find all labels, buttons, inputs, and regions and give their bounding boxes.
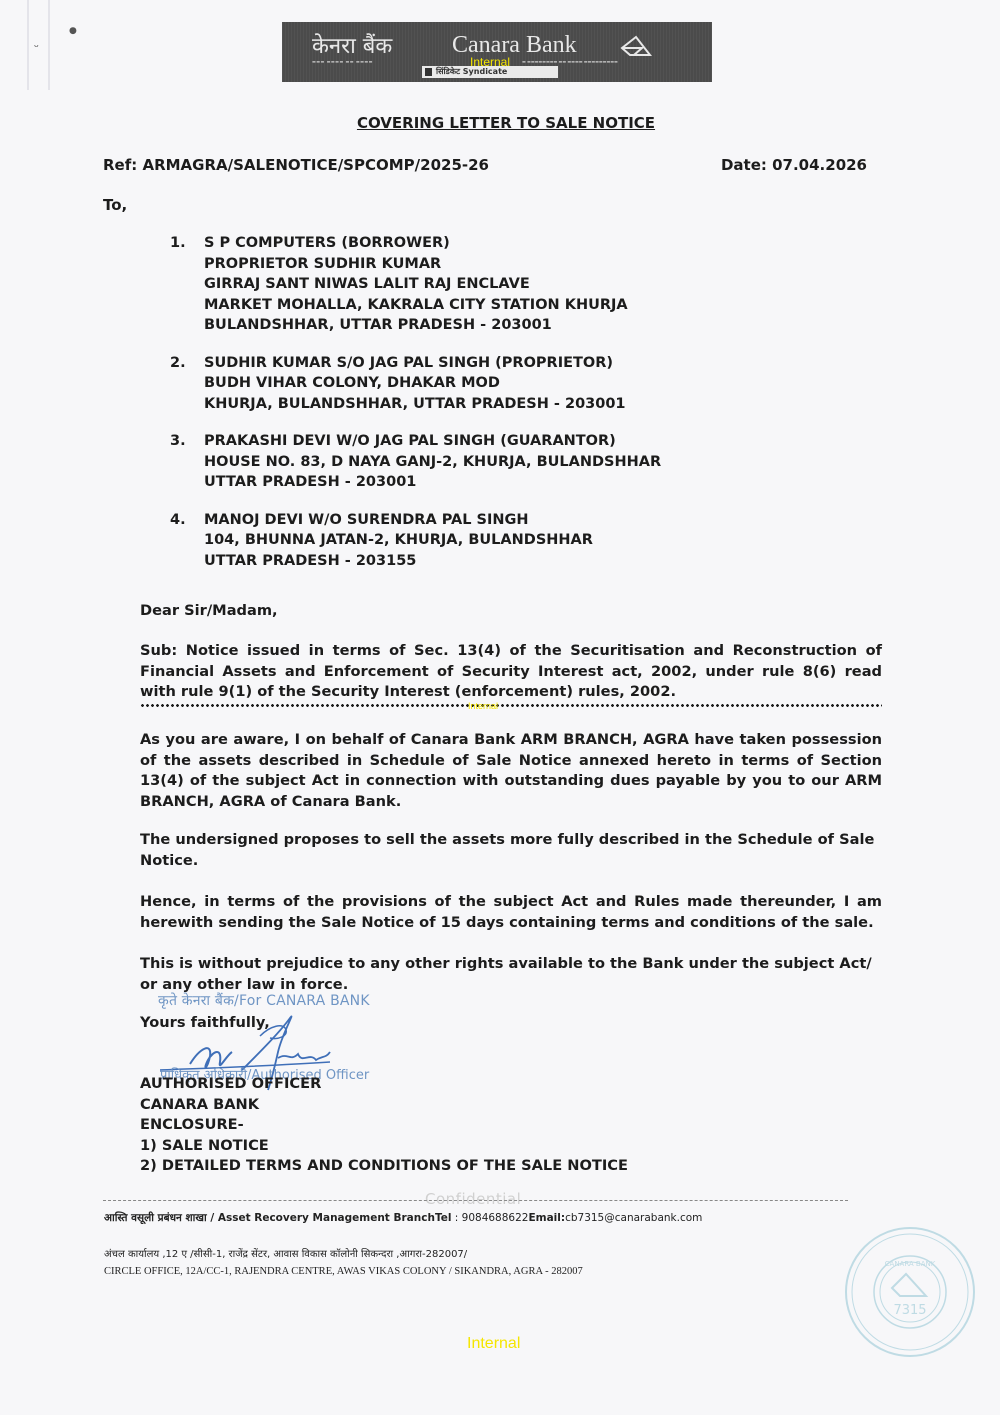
email-address[interactable]: cb7315@canarabank.com	[565, 1212, 702, 1224]
svg-text:7315: 7315	[893, 1303, 926, 1318]
addressee-name: 2.SUDHIR KUMAR S/O JAG PAL SINGH (PROPRI…	[170, 353, 661, 374]
branch-contact-line: आस्ति वसूली प्रबंधन शाखा / Asset Recover…	[104, 1211, 702, 1225]
confidential-watermark: Confidential	[425, 1190, 521, 1208]
addressee-line-text: BUDH VIHAR COLONY, DHAKAR MOD	[204, 375, 500, 391]
addressee-address-line: UTTAR PRADESH - 203155	[170, 551, 661, 572]
paragraph-possession: As you are aware, I on behalf of Canara …	[140, 730, 882, 812]
addressee-line-text: PRAKASHI DEVI W/O JAG PAL SINGH (GUARANT…	[204, 433, 616, 449]
letter-date: Date: 07.04.2026	[721, 156, 867, 174]
addressee-line-text: MANOJ DEVI W/O SURENDRA PAL SINGH	[204, 512, 529, 528]
addressee-block: 4.MANOJ DEVI W/O SURENDRA PAL SINGH104, …	[170, 510, 661, 572]
canara-bank-letterhead: केनरा बैंक ▬▬▬ ▬▬▬▬ ▬▬ ▬▬▬▬ Canara Bank …	[282, 22, 712, 82]
addressee-name: 1.S P COMPUTERS (BORROWER)	[170, 233, 661, 254]
letter-title-text: COVERING LETTER TO SALE NOTICE	[357, 114, 655, 132]
addressee-number: 3.	[170, 431, 204, 452]
scan-fold-mark	[27, 0, 29, 90]
scan-fold-mark	[48, 0, 50, 90]
bank-tagline-hindi: ▬▬▬ ▬▬▬▬ ▬▬ ▬▬▬▬	[312, 59, 373, 64]
footer-divider	[103, 1200, 848, 1201]
addressee-name: 4.MANOJ DEVI W/O SURENDRA PAL SINGH	[170, 510, 661, 531]
paragraph-without-prejudice: This is without prejudice to any other r…	[140, 954, 882, 995]
internal-watermark: Internal	[470, 55, 510, 69]
addressee-block: 2.SUDHIR KUMAR S/O JAG PAL SINGH (PROPRI…	[170, 353, 661, 415]
tel-label: Tel	[435, 1212, 452, 1224]
salutation: Dear Sir/Madam,	[140, 601, 882, 622]
closing-line: AUTHORISED OFFICER	[140, 1074, 628, 1095]
addressee-number: 2.	[170, 353, 204, 374]
bank-name-hindi: केनरा बैंक	[312, 30, 392, 60]
letter-title: COVERING LETTER TO SALE NOTICE	[0, 114, 1000, 132]
addressee-line-text: UTTAR PRADESH - 203155	[204, 553, 416, 569]
addressee-line-text: GIRRAJ SANT NIWAS LALIT RAJ ENCLAVE	[204, 276, 530, 292]
addressee-line-text: S P COMPUTERS (BORROWER)	[204, 235, 450, 251]
branch-seal-icon: 7315 CANARA BANK	[840, 1222, 980, 1362]
tel-number: : 9084688622	[451, 1212, 528, 1224]
addressee-line-text: UTTAR PRADESH - 203001	[204, 474, 416, 490]
subject-line: Sub: Notice issued in terms of Sec. 13(4…	[140, 641, 882, 703]
scan-speck: ●	[69, 26, 77, 36]
for-canara-bank-stamp: कृते केनरा बैंक/For CANARA BANK	[158, 991, 370, 1010]
svg-text:CANARA BANK: CANARA BANK	[885, 1260, 936, 1268]
bank-tagline-english: ▬ ▬▬▬▬▬▬▬▬ ▬▬ ▬▬▬▬ ▬▬▬▬▬▬▬▬▬	[522, 59, 618, 64]
paragraph-sale-notice: Hence, in terms of the provisions of the…	[140, 892, 882, 933]
addressee-block: 1.S P COMPUTERS (BORROWER)PROPRIETOR SUD…	[170, 233, 661, 336]
internal-watermark: Internal	[468, 701, 498, 711]
addressee-number: 4.	[170, 510, 204, 531]
addressee-line-text: MARKET MOHALLA, KAKRALA CITY STATION KHU…	[204, 297, 628, 313]
circle-office-address-hindi: अंचल कार्यालय ,12 ए /सीसी-1, राजेंद्र से…	[104, 1246, 467, 1260]
circle-office-address-english: CIRCLE OFFICE, 12A/CC-1, RAJENDRA CENTRE…	[104, 1266, 583, 1277]
closing-line: 1) SALE NOTICE	[140, 1136, 628, 1157]
addressee-line-text: SUDHIR KUMAR S/O JAG PAL SINGH (PROPRIET…	[204, 355, 613, 371]
closing-line: ENCLOSURE-	[140, 1115, 628, 1136]
addressee-name: 3.PRAKASHI DEVI W/O JAG PAL SINGH (GUARA…	[170, 431, 661, 452]
addressee-block: 3.PRAKASHI DEVI W/O JAG PAL SINGH (GUARA…	[170, 431, 661, 493]
reference-number: Ref: ARMAGRA/SALENOTICE/SPCOMP/2025-26	[103, 156, 489, 174]
addressee-line-text: PROPRIETOR SUDHIR KUMAR	[204, 256, 441, 272]
email-label: Email:	[528, 1212, 565, 1224]
addressee-address-line: KHURJA, BULANDSHHAR, UTTAR PRADESH - 203…	[170, 394, 661, 415]
paragraph-proposal: The undersigned proposes to sell the ass…	[140, 830, 882, 871]
addressee-address-line: PROPRIETOR SUDHIR KUMAR	[170, 254, 661, 275]
addressee-address-line: HOUSE NO. 83, D NAYA GANJ-2, KHURJA, BUL…	[170, 452, 661, 473]
closing-block: AUTHORISED OFFICERCANARA BANKENCLOSURE-1…	[140, 1074, 628, 1177]
closing-line: CANARA BANK	[140, 1095, 628, 1116]
addressee-number: 1.	[170, 233, 204, 254]
letter-page: ᵕ ● केनरा बैंक ▬▬▬ ▬▬▬▬ ▬▬ ▬▬▬▬ Canara B…	[0, 0, 1000, 1415]
branch-label: आस्ति वसूली प्रबंधन शाखा / Asset Recover…	[104, 1212, 435, 1224]
addressee-address-line: BUDH VIHAR COLONY, DHAKAR MOD	[170, 373, 661, 394]
addressee-line-text: KHURJA, BULANDSHHAR, UTTAR PRADESH - 203…	[204, 396, 626, 412]
addressee-address-line: BULANDSHHAR, UTTAR PRADESH - 203001	[170, 315, 661, 336]
addressee-line-text: 104, BHUNNA JATAN-2, KHURJA, BULANDSHHAR	[204, 532, 593, 548]
to-label: To,	[103, 196, 127, 214]
scan-speck: ᵕ	[34, 40, 39, 54]
dotted-separator	[140, 703, 882, 708]
addressee-line-text: BULANDSHHAR, UTTAR PRADESH - 203001	[204, 317, 552, 333]
canara-bank-logo-icon	[620, 34, 652, 58]
closing-line: 2) DETAILED TERMS AND CONDITIONS OF THE …	[140, 1156, 628, 1177]
addressee-list: 1.S P COMPUTERS (BORROWER)PROPRIETOR SUD…	[170, 233, 661, 588]
internal-watermark: Internal	[467, 1335, 520, 1353]
addressee-address-line: 104, BHUNNA JATAN-2, KHURJA, BULANDSHHAR	[170, 530, 661, 551]
addressee-address-line: MARKET MOHALLA, KAKRALA CITY STATION KHU…	[170, 295, 661, 316]
addressee-address-line: UTTAR PRADESH - 203001	[170, 472, 661, 493]
addressee-address-line: GIRRAJ SANT NIWAS LALIT RAJ ENCLAVE	[170, 274, 661, 295]
addressee-line-text: HOUSE NO. 83, D NAYA GANJ-2, KHURJA, BUL…	[204, 454, 661, 470]
